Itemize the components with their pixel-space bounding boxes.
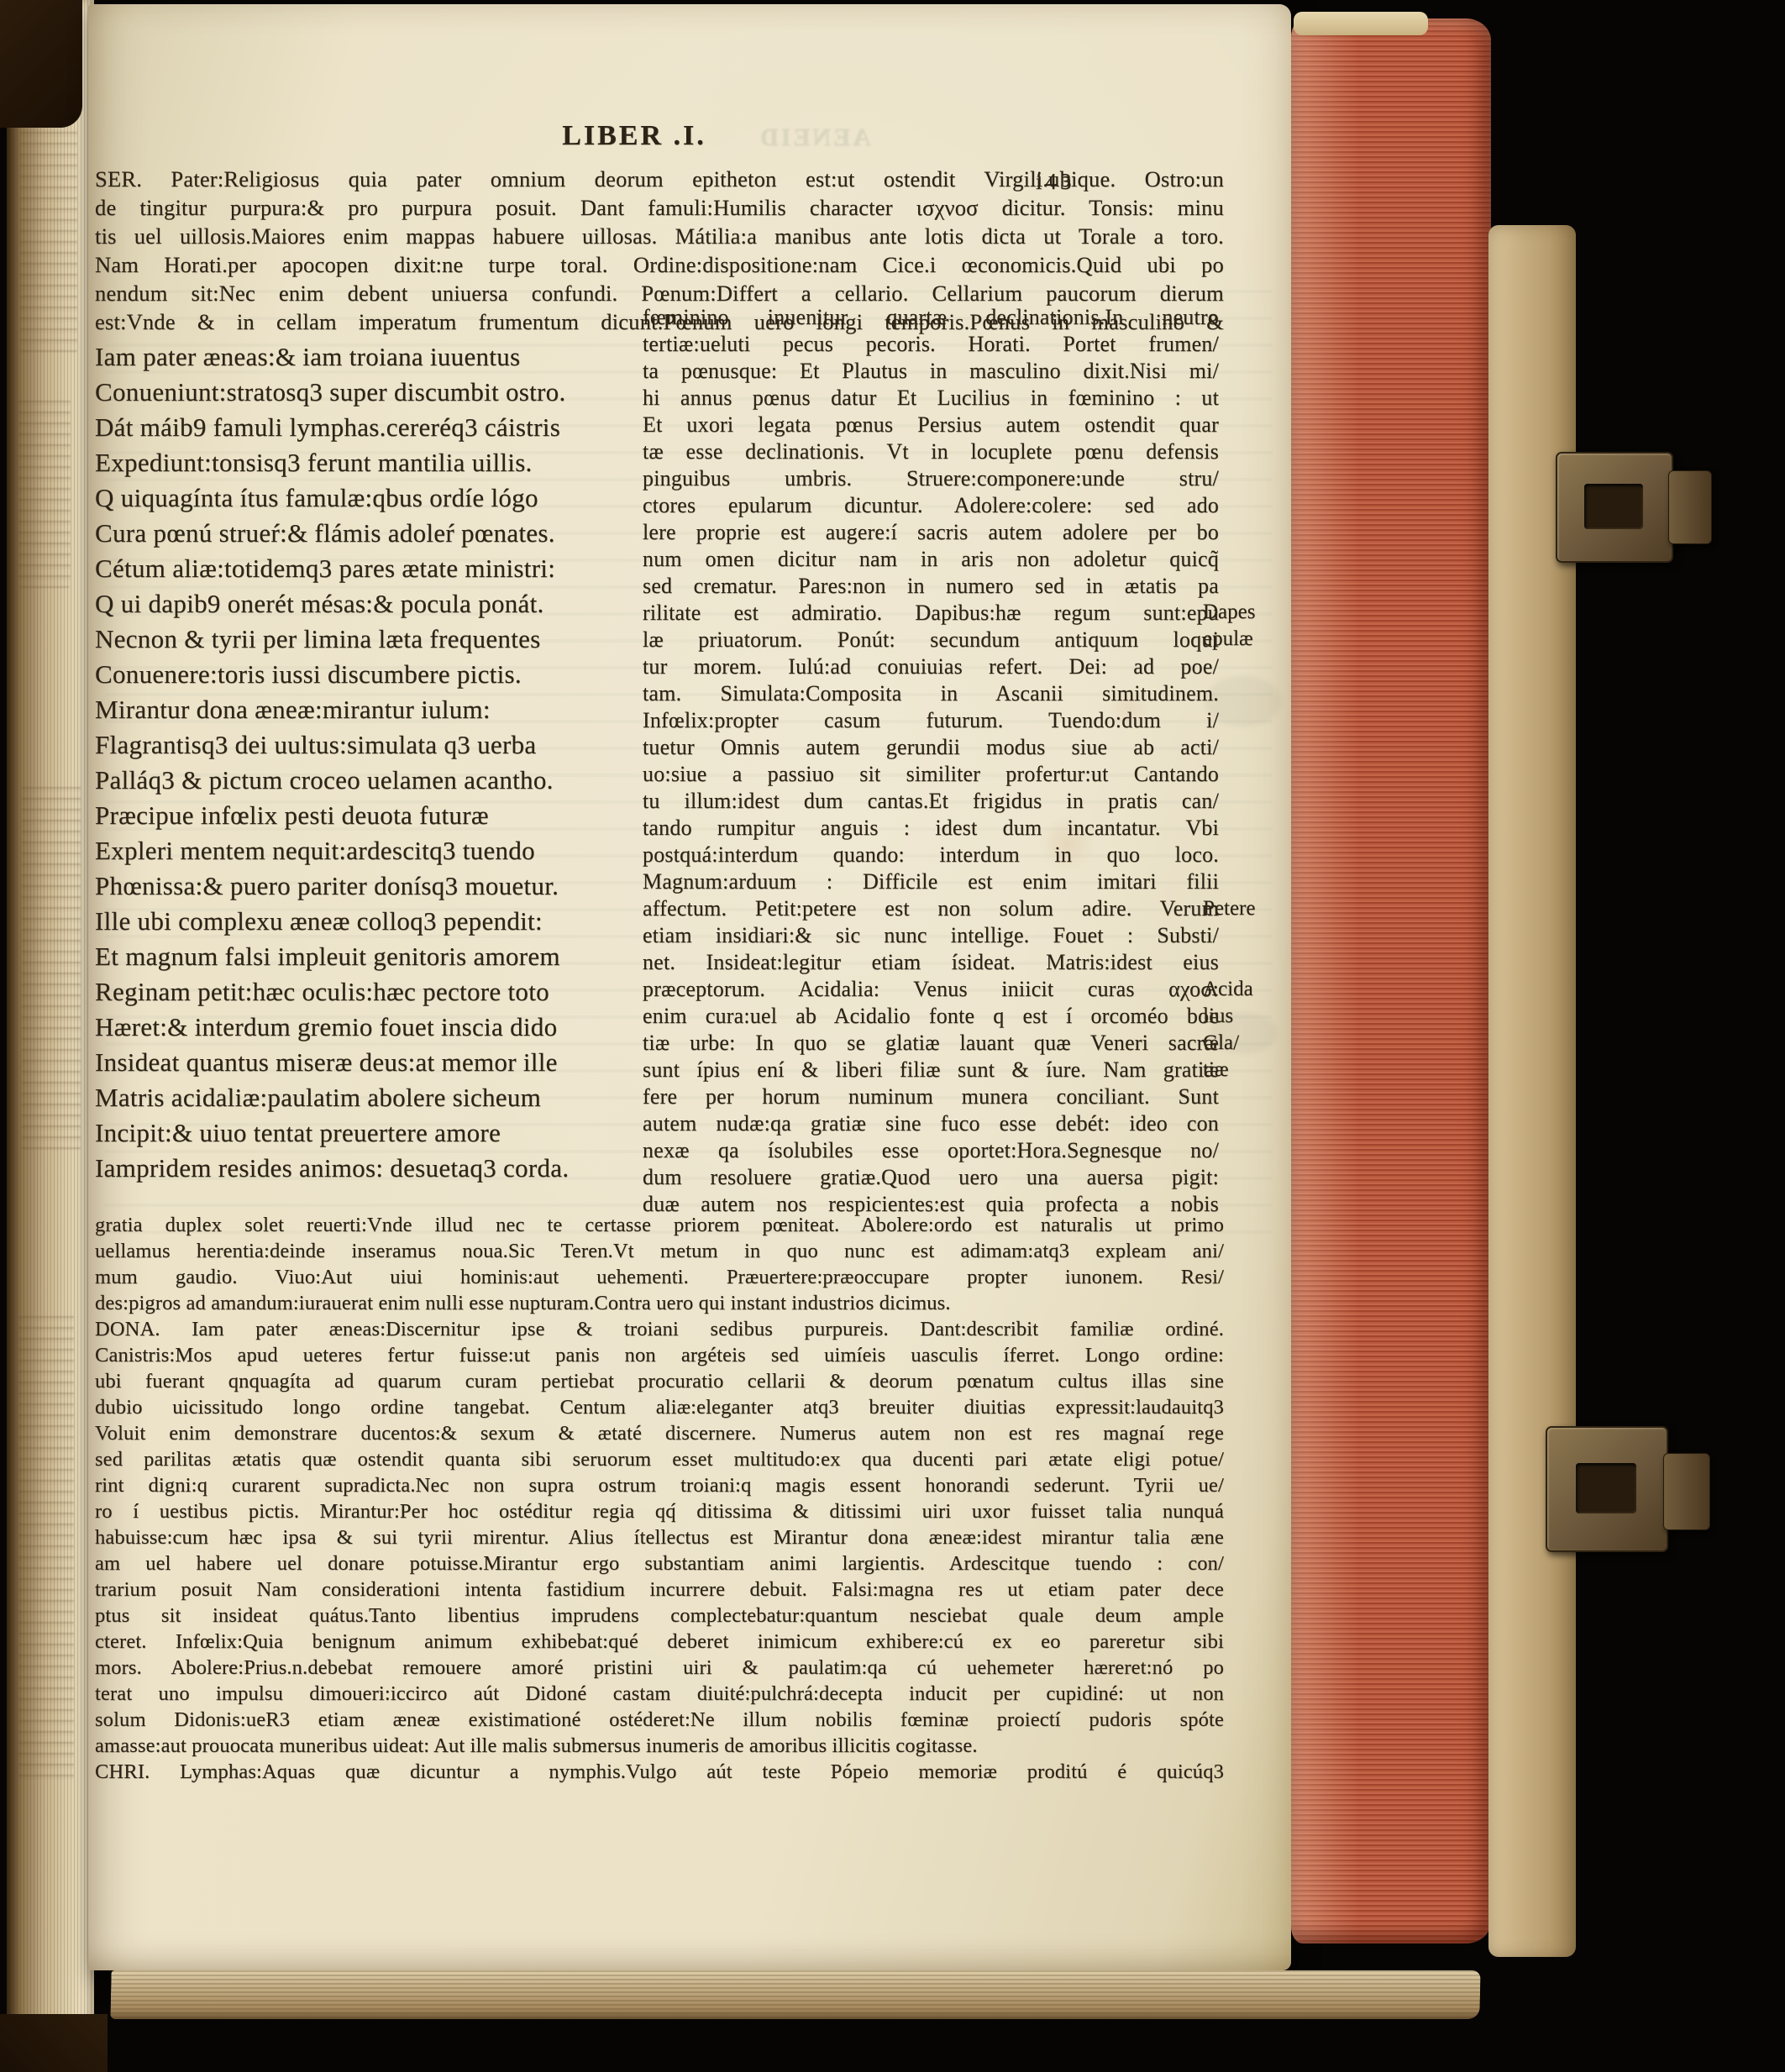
commentary-line: tertiæ:ueluti pecus pecoris. Horati. Por… xyxy=(643,331,1219,358)
commentary-line: læ priuatorum. Ponút: secundum antiquum … xyxy=(643,627,1219,653)
verse-line: Phœnissa:& puero pariter donísq3 mouetur… xyxy=(95,868,639,904)
commentary-line: tæ esse declinationis. Vt in locuplete p… xyxy=(643,438,1219,465)
clasp-slot xyxy=(1576,1463,1636,1513)
clasp-bottom xyxy=(1546,1426,1668,1552)
commentary-line: tuetur Omnis autem gerundii modus siue a… xyxy=(643,734,1219,761)
book-photo-stage: AENEID LIBER .I. i43 SER. Pater:Religios… xyxy=(0,0,1785,2072)
dona-commentary-line: rint digni:q curarent supradicta.Nec non… xyxy=(95,1472,1224,1498)
verse-line: Iam pater æneas:& iam troiana iuuentus xyxy=(95,339,639,375)
commentary-line: affectum. Petit:petere est non solum adi… xyxy=(643,895,1219,922)
bottom-page-edges xyxy=(110,1970,1480,2019)
commentary-line: enim cura:uel ab Acidalio fonte q est í … xyxy=(643,1003,1219,1030)
verse-line: Ille ubi complexu æneæ colloq3 pependit: xyxy=(95,904,639,939)
dona-commentary-line: DONA. Iam pater æneas:Discernitur ipse &… xyxy=(95,1316,1224,1342)
commentary-line: Et uxori legata pœnus Persius autem oste… xyxy=(643,412,1219,438)
commentary-line: ctores epularum dicuntur. Adolere:colere… xyxy=(643,492,1219,519)
verse-line: Incipit:& uiuo tentat preuertere amore xyxy=(95,1115,639,1151)
commentary-line: hi annus pœnus datur Et Lucilius in fœmi… xyxy=(643,385,1219,412)
commentary-line: uo:siue a passiuo sit similiter profertu… xyxy=(643,761,1219,788)
dona-commentary-line: ro í uestibus pictis. Mirantur:Per hoc o… xyxy=(95,1498,1224,1524)
commentary-line: sed crematur. Pares:non in numero sed in… xyxy=(643,573,1219,600)
verse-line: Præcipue infœlix pesti deuota futuræ xyxy=(95,798,639,833)
commentary-line: Magnum:arduum : Difficile est enim imita… xyxy=(643,868,1219,895)
commentary-line: gratia duplex solet reuerti:Vnde illud n… xyxy=(95,1212,1224,1238)
margin-note: tiæ xyxy=(1203,1058,1229,1082)
commentary-line: lere proprie est augere:í sacris autem a… xyxy=(643,519,1219,546)
commentary-line: de tingitur purpura:& pro purpura posuit… xyxy=(95,193,1224,222)
commentary-line: uellamus herentia:deinde inseramus noua.… xyxy=(95,1238,1224,1264)
commentary-line: num omen dicitur nam in aris non adoletu… xyxy=(643,546,1219,573)
commentary-line: tis uel uillosis.Maiores enim mappas hab… xyxy=(95,222,1224,250)
dona-commentary-line: sed parilitas ætatis quæ ostendit quanta… xyxy=(95,1446,1224,1472)
manuscript-marginalia xyxy=(22,781,81,1151)
verse-line: Hæret:& interdum gremio fouet inscia did… xyxy=(95,1010,639,1045)
manuscript-marginalia xyxy=(18,1310,74,1781)
commentary-line: postquá:interdum quando: interdum in quo… xyxy=(643,842,1219,868)
book-page: AENEID LIBER .I. i43 SER. Pater:Religios… xyxy=(88,4,1291,1970)
verse-line: Matris acidaliæ:paulatim abolere sicheum xyxy=(95,1080,639,1115)
commentary-line: net. Insideat:legitur etiam ísideat. Mat… xyxy=(643,949,1219,976)
dona-commentary-line: terat uno impulsu dimoueri:iccirco aút D… xyxy=(95,1681,1224,1707)
margin-note: epulæ xyxy=(1203,627,1253,651)
commentary-lower-block: gratia duplex solet reuerti:Vnde illud n… xyxy=(95,1212,1224,1785)
commentary-line: Nam Horati.per apocopen dixit:ne turpe t… xyxy=(95,250,1224,279)
commentary-line: nexæ qa ísolubiles esse oportet:Hora.Seg… xyxy=(643,1137,1219,1164)
fore-edge xyxy=(1291,18,1491,1943)
verse-line: Mirantur dona æneæ:mirantur iulum: xyxy=(95,692,639,727)
commentary-line: SER. Pater:Religiosus quia pater omnium … xyxy=(95,165,1224,193)
dona-commentary-line: trarium posuit Nam considerationi intent… xyxy=(95,1576,1224,1603)
commentary-line: mum gaudio. Viuo:Aut uiui hominis:aut ue… xyxy=(95,1264,1224,1290)
commentary-column: fœminino inuenitur quartæ declinationis.… xyxy=(643,304,1219,1218)
commentary-line: rilitate est admiratio. Dapibus:hæ regum… xyxy=(643,600,1219,627)
commentary-line: nendum sit:Nec enim debent uniuersa conf… xyxy=(95,279,1224,307)
verse-line: Cétum aliæ:totidemq3 pares ætate ministr… xyxy=(95,551,639,586)
dona-commentary-line: amasse:aut prouocata muneribus uideat: A… xyxy=(95,1733,1224,1759)
dona-commentary-line: ptus sit insideat quátus.Tanto libentius… xyxy=(95,1603,1224,1629)
verse-line: Palláq3 & pictum croceo uelamen acantho. xyxy=(95,763,639,798)
verse-line: Expleri mentem nequit:ardescitq3 tuendo xyxy=(95,833,639,868)
dona-commentary-line: am uel habere uel donare potuisse.Mirant… xyxy=(95,1550,1224,1576)
clasp-top xyxy=(1556,452,1673,563)
commentary-line: præceptorum. Acidalia: Venus iniicit cur… xyxy=(643,976,1219,1003)
dona-commentary-line: cteret. Infœlix:Quia benignum animum exh… xyxy=(95,1629,1224,1655)
manuscript-marginalia xyxy=(18,395,71,588)
verse-line: Conuenere:toris iussi discumbere pictis. xyxy=(95,657,639,692)
clasp-catch xyxy=(1663,1453,1710,1530)
commentary-line: autem nudæ:qa gratiæ sine fuco esse debé… xyxy=(643,1110,1219,1137)
commentary-line: des:pigros ad amandum:iurauerat enim nul… xyxy=(95,1290,1224,1316)
commentary-line: fere per horum numinum munera conciliant… xyxy=(643,1083,1219,1110)
verse-line: Flagrantisq3 dei uultus:simulata q3 uerb… xyxy=(95,727,639,763)
left-page-stack xyxy=(7,0,94,2072)
verse-line: Q ui dapib9 onerét mésas:& pocula ponát. xyxy=(95,586,639,622)
verse-line: Expediunt:tonsisq3 ferunt mantilia uilli… xyxy=(95,445,639,480)
running-title: LIBER .I. xyxy=(525,120,743,152)
verse-line: Iampridem resides animos: desuetaq3 cord… xyxy=(95,1151,639,1186)
manuscript-marginalia xyxy=(20,126,77,353)
commentary-line: tu illum:idest dum cantas.Et frigidus in… xyxy=(643,788,1219,815)
dona-commentary-line: solum Didonis:ueR3 etiam æneæ existimati… xyxy=(95,1707,1224,1733)
margin-note: Petere xyxy=(1203,897,1255,921)
verse-line: Reginam petit:hæc oculis:hæc pectore tot… xyxy=(95,974,639,1010)
verse-line: Conueniunt:stratosq3 super discumbit ost… xyxy=(95,375,639,410)
verse-line: Dát máib9 famuli lymphas.cereréq3 cáistr… xyxy=(95,410,639,445)
leather-cover-corner xyxy=(0,0,82,128)
verse-line: Insideat quantus miseræ deus:at memor il… xyxy=(95,1045,639,1080)
fore-edge-top-leaves xyxy=(1294,12,1428,35)
commentary-line: etiam insidiari:& sic nunc intellige. Fo… xyxy=(643,922,1219,949)
clasp-slot xyxy=(1584,484,1643,529)
commentary-line: dum resoluere gratiæ.Quod uero una auers… xyxy=(643,1164,1219,1191)
verse-line: Q uiquagínta ítus famulæ:qbus ordíe lógo xyxy=(95,480,639,516)
margin-note: lius xyxy=(1203,1005,1233,1028)
commentary-line: sunt ípius ení & liberi filiæ sunt & íur… xyxy=(643,1057,1219,1083)
commentary-line: tam. Simulata:Composita in Ascanii simit… xyxy=(643,680,1219,707)
commentary-line: tando rumpitur anguis : idest dum incant… xyxy=(643,815,1219,842)
verse-text-block: Iam pater æneas:& iam troiana iuuentus C… xyxy=(95,339,639,1186)
verse-line: Et magnum falsi impleuit genitoris amore… xyxy=(95,939,639,974)
leather-cover-corner xyxy=(0,2014,108,2072)
dona-commentary-line: dubio uicissitudo longo ordine tangebat.… xyxy=(95,1394,1224,1420)
margin-note: Acida xyxy=(1203,978,1253,1001)
dona-commentary-line: habuisse:cum hæc ipsa & sui tyrii mirent… xyxy=(95,1524,1224,1550)
margin-note: Dapes xyxy=(1203,601,1255,624)
dona-commentary-line: mors. Abolere:Prius.n.debebat remouere a… xyxy=(95,1655,1224,1681)
commentary-line: ta pœnusque: Et Plautus in masculino dix… xyxy=(643,358,1219,385)
commentary-line: tiæ urbe: In quo se glatiæ lauant quæ Ve… xyxy=(643,1030,1219,1057)
commentary-line: tur morem. Iulú:ad conuiuias refert. Dei… xyxy=(643,653,1219,680)
dona-commentary-line: Canistris:Mos apud ueteres fertur fuisse… xyxy=(95,1342,1224,1368)
dona-commentary-line: Voluit enim demonstrare ducentos:& sexum… xyxy=(95,1420,1224,1446)
verse-line: Necnon & tyrii per limina læta frequente… xyxy=(95,622,639,657)
christophorus-commentary-line: CHRI. Lymphas:Aquas quæ dicuntur a nymph… xyxy=(95,1759,1224,1785)
commentary-line: fœminino inuenitur quartæ declinationis.… xyxy=(643,304,1219,331)
margin-note: Gla/ xyxy=(1203,1031,1239,1055)
dona-commentary-line: ubi fuerant qnquagíta ad quarum curam pe… xyxy=(95,1368,1224,1394)
clasp-catch xyxy=(1668,470,1712,544)
commentary-line: pinguibus umbris. Struere:componere:unde… xyxy=(643,465,1219,492)
commentary-line: Infœlix:propter casum futurum. Tuendo:du… xyxy=(643,707,1219,734)
verse-line: Cura pœnú strueŕ:& flámis adoleŕ pœnates… xyxy=(95,516,639,551)
